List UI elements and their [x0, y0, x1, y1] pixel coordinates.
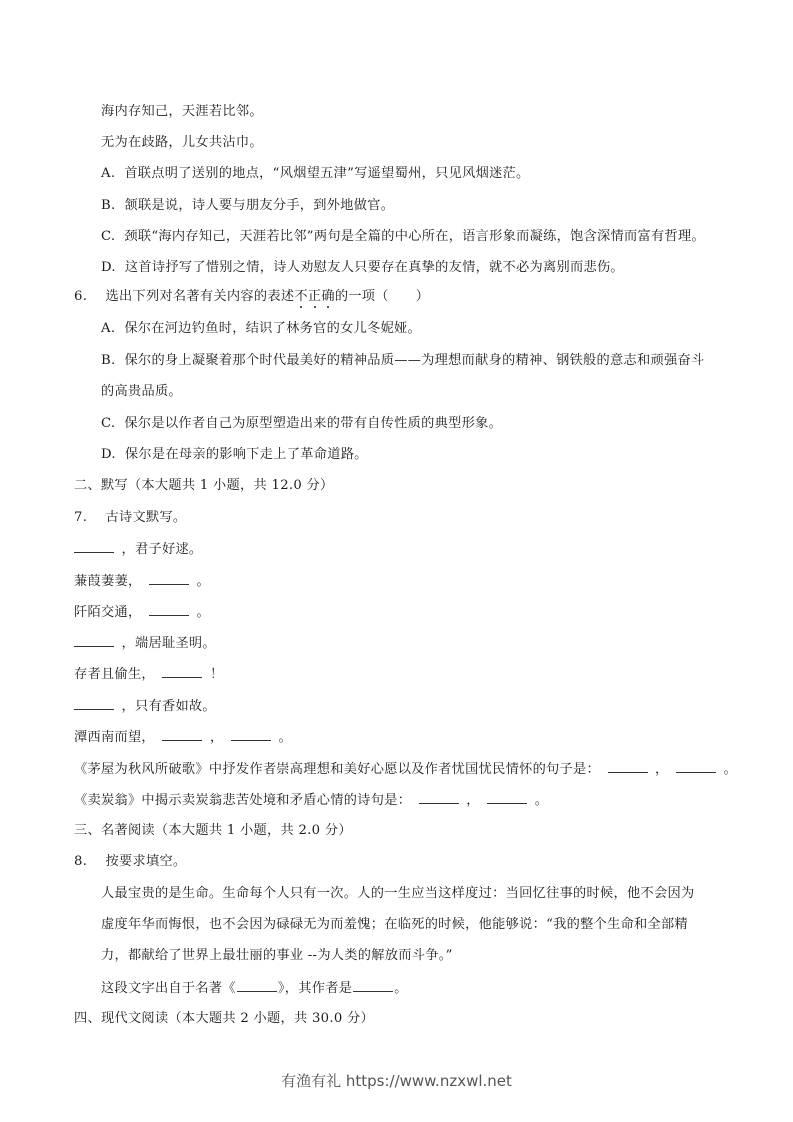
q5-option-b: B. 颔联是说，诗人要与朋友分手，到外地做官。 — [101, 197, 394, 215]
punct: 。 — [535, 793, 549, 808]
q8-fill-line: 这段文字出自于名著《》，其作者是。 — [101, 979, 408, 998]
option-label: C. — [101, 229, 115, 244]
option-label: C. — [101, 416, 115, 431]
q6-option-b: B. 保尔的身上凝聚着那个时代最美好的精神品质——为理想而献身的精神、钢铁般的意… — [101, 352, 704, 370]
answer-blank[interactable] — [162, 665, 202, 678]
q7-line-4: ，端居耻圣明。 — [74, 634, 216, 653]
poem-text: 。 — [278, 730, 292, 745]
poem-text: 阡陌交通， — [74, 605, 141, 620]
section-heading: 四、现代文阅读（本大题共 2 小题，共 30.0 分） — [74, 1010, 374, 1028]
option-text: 保尔的身上凝聚着那个时代最美好的精神品质——为理想而献身的精神、钢铁般的意志和顽… — [124, 353, 704, 368]
prompt-text: 》，其作者是 — [278, 981, 352, 996]
emphasis-char: 正 — [308, 289, 322, 304]
q6-option-a: A. 保尔在河边钓鱼时，结识了林务官的女儿冬妮娅。 — [101, 320, 421, 338]
option-label: D. — [101, 447, 116, 462]
q7-long-1: 《茅屋为秋风所破歌》中抒发作者崇高理想和美好心愿以及作者忧国忧民情怀的句子是： … — [74, 760, 737, 779]
option-text: 颈联“海内存知己，天涯若比邻”两句是全篇的中心所在，语言形象而凝练，饱含深情而富… — [124, 229, 705, 244]
punct: 。 — [724, 762, 738, 777]
q6-option-d: D. 保尔是在母亲的影响下走上了革命道路。 — [101, 446, 368, 464]
answer-blank[interactable] — [419, 791, 459, 804]
q8-passage-line: 力，都献给了世界上最壮丽的事业 --为人类的解放而斗争。” — [101, 947, 453, 965]
option-label: A. — [101, 166, 115, 181]
option-text: 保尔在河边钓鱼时，结识了林务官的女儿冬妮娅。 — [124, 321, 421, 336]
book-title-blank[interactable] — [237, 979, 277, 992]
answer-blank[interactable] — [74, 634, 114, 647]
q7-stem: 7. 古诗文默写。 — [74, 509, 186, 527]
question-number: 8. — [74, 853, 101, 871]
option-label: B. — [101, 198, 115, 213]
option-text: 颔联是说，诗人要与朋友分手，到外地做官。 — [124, 198, 394, 213]
question-number: 7. — [74, 509, 101, 527]
poem-text: ，端居耻圣明。 — [122, 636, 216, 651]
poem-text: 潭西南而望， — [74, 730, 155, 745]
prompt-text: 这段文字出自于名著《 — [101, 981, 236, 996]
q7-line-1: ，君子好逑。 — [74, 540, 202, 559]
emphasis-char: 不 — [294, 289, 308, 304]
stem-text: 古诗文默写。 — [106, 510, 187, 525]
q5-option-d: D. 这首诗抒写了惜别之情，诗人劝慰友人只要存在真挚的友情，就不必为离别而悲伤。 — [101, 259, 624, 277]
stem-text: 选出下列对名著有关内容的表述 — [106, 289, 295, 304]
prompt-text: 《茅屋为秋风所破歌》中抒发作者崇高理想和美好心愿以及作者忧国忧民情怀的句子是： — [74, 762, 600, 777]
punct: ， — [466, 793, 480, 808]
punct: 。 — [394, 981, 408, 996]
footer-watermark: 有渔有礼 https://www.nzxwl.net — [0, 1070, 793, 1091]
q7-line-7: 潭西南而望， ， 。 — [74, 728, 292, 747]
poem-text: 蒹葭萋萋， — [74, 574, 141, 589]
poem-text: 存者且偷生， — [74, 667, 155, 682]
option-text: 这首诗抒写了惜别之情，诗人劝慰友人只要存在真挚的友情，就不必为离别而悲伤。 — [125, 260, 624, 275]
answer-blank[interactable] — [608, 760, 648, 773]
option-text: 保尔是以作者自己为原型塑造出来的带有自传性质的典型形象。 — [124, 416, 502, 431]
q6-option-c: C. 保尔是以作者自己为原型塑造出来的带有自传性质的典型形象。 — [101, 415, 502, 433]
option-text: 保尔是在母亲的影响下走上了革命道路。 — [125, 447, 368, 462]
option-label: A. — [101, 321, 115, 336]
q7-long-2: 《卖炭翁》中揭示卖炭翁悲苦处境和矛盾心情的诗句是： ， 。 — [74, 791, 548, 810]
punct: ， — [655, 762, 669, 777]
option-label: D. — [101, 260, 116, 275]
poem-text: ， — [210, 730, 224, 745]
stem-text: 的一项（ ） — [335, 289, 429, 304]
poem-text: ，君子好逑。 — [122, 542, 203, 557]
answer-blank[interactable] — [74, 697, 114, 710]
q7-line-3: 阡陌交通， 。 — [74, 603, 210, 622]
section-heading: 二、默写（本大题共 1 小题，共 12.0 分） — [74, 477, 334, 495]
poem-line: 海内存知己，天涯若比邻。 — [101, 103, 263, 121]
q7-line-5: 存者且偷生， ！ — [74, 665, 223, 684]
answer-blank[interactable] — [149, 603, 189, 616]
answer-blank[interactable] — [231, 728, 271, 741]
poem-text: ！ — [210, 667, 224, 682]
answer-blank[interactable] — [74, 540, 114, 553]
q6-stem: 6. 选出下列对名著有关内容的表述不正确的一项（ ） — [74, 288, 429, 306]
q8-passage-line: 虚度年华而悔恨，也不会因为碌碌无为而羞愧；在临死的时候，他能够说：“我的整个生命… — [101, 916, 688, 934]
q7-line-2: 蒹葭萋萋， 。 — [74, 572, 210, 591]
option-label: B. — [101, 353, 115, 368]
section-heading: 三、名著阅读（本大题共 1 小题，共 2.0 分） — [74, 822, 352, 840]
poem-text: 。 — [196, 605, 210, 620]
question-number: 6. — [74, 288, 101, 306]
exam-page: 海内存知己，天涯若比邻。 无为在歧路，儿女共沾巾。 A. 首联点明了送别的地点，… — [0, 0, 793, 1122]
prompt-text: 《卖炭翁》中揭示卖炭翁悲苦处境和矛盾心情的诗句是： — [74, 793, 411, 808]
poem-text: ，只有香如故。 — [122, 699, 216, 714]
poem-text: 。 — [196, 574, 210, 589]
q8-passage-line: 人最宝贵的是生命。生命每个人只有一次。人的一生应当这样度过：当回忆往事的时候，他… — [101, 885, 694, 903]
q5-option-a: A. 首联点明了送别的地点，“风烟望五津”写遥望蜀州，只见风烟迷茫。 — [101, 165, 530, 183]
q7-line-6: ，只有香如故。 — [74, 697, 216, 716]
answer-blank[interactable] — [162, 728, 202, 741]
q6-option-b-cont: 的高贵品质。 — [101, 383, 182, 401]
answer-blank[interactable] — [676, 760, 716, 773]
q8-stem: 8. 按要求填空。 — [74, 853, 186, 871]
answer-blank[interactable] — [149, 572, 189, 585]
author-blank[interactable] — [353, 979, 393, 992]
emphasis-char: 确 — [321, 289, 335, 304]
answer-blank[interactable] — [487, 791, 527, 804]
q5-option-c: C. 颈联“海内存知己，天涯若比邻”两句是全篇的中心所在，语言形象而凝练，饱含深… — [101, 228, 705, 246]
option-text: 首联点明了送别的地点，“风烟望五津”写遥望蜀州，只见风烟迷茫。 — [124, 166, 529, 181]
poem-line: 无为在歧路，儿女共沾巾。 — [101, 134, 263, 152]
stem-text: 按要求填空。 — [106, 854, 187, 869]
